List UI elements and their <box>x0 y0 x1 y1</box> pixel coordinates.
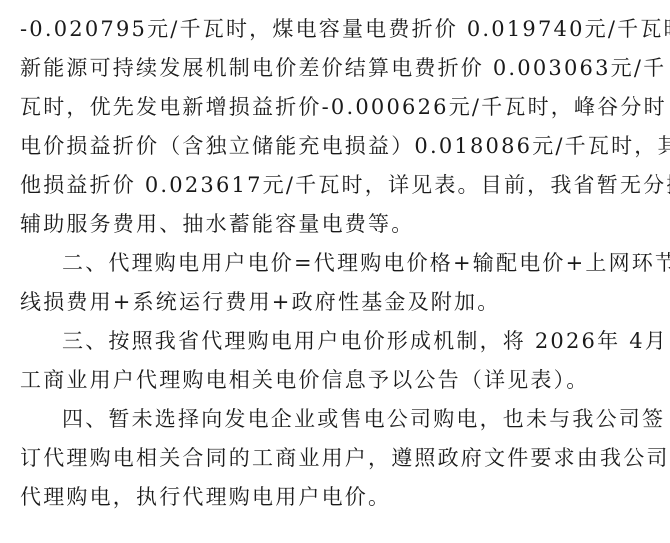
text-line: 辅助服务费用、抽水蓄能容量电费等。 <box>20 205 652 244</box>
text-line: 四、暂未选择向发电企业或售电公司购电，也未与我公司签 <box>20 400 652 439</box>
text-line: 瓦时，优先发电新增损益折价-0.000626元/千瓦时，峰谷分时 <box>20 88 652 127</box>
text-line: 代理购电，执行代理购电用户电价。 <box>20 478 652 517</box>
document-body: -0.020795元/千瓦时，煤电容量电费折价 0.019740元/千瓦时， 新… <box>20 10 652 517</box>
text-line: 新能源可持续发展机制电价差价结算电费折价 0.003063元/千 <box>20 49 652 88</box>
paragraph-section-three: 三、按照我省代理购电用户电价形成机制，将 2026年 4月 工商业用户代理购电相… <box>20 322 652 400</box>
text-line: 线损费用+系统运行费用+政府性基金及附加。 <box>20 283 652 322</box>
paragraph-price-components: -0.020795元/千瓦时，煤电容量电费折价 0.019740元/千瓦时， 新… <box>20 10 652 244</box>
text-line: 三、按照我省代理购电用户电价形成机制，将 2026年 4月 <box>20 322 652 361</box>
text-line: 订代理购电相关合同的工商业用户，遵照政府文件要求由我公司 <box>20 439 652 478</box>
text-line: 电价损益折价（含独立储能充电损益）0.018086元/千瓦时，其 <box>20 127 652 166</box>
text-line: 他损益折价 0.023617元/千瓦时，详见表。目前，我省暂无分摊 <box>20 166 652 205</box>
paragraph-section-two: 二、代理购电用户电价=代理购电价格+输配电价+上网环节 线损费用+系统运行费用+… <box>20 244 652 322</box>
text-line: 工商业用户代理购电相关电价信息予以公告（详见表）。 <box>20 361 652 400</box>
text-line: -0.020795元/千瓦时，煤电容量电费折价 0.019740元/千瓦时， <box>20 10 652 49</box>
text-line: 二、代理购电用户电价=代理购电价格+输配电价+上网环节 <box>20 244 652 283</box>
paragraph-section-four: 四、暂未选择向发电企业或售电公司购电，也未与我公司签 订代理购电相关合同的工商业… <box>20 400 652 517</box>
